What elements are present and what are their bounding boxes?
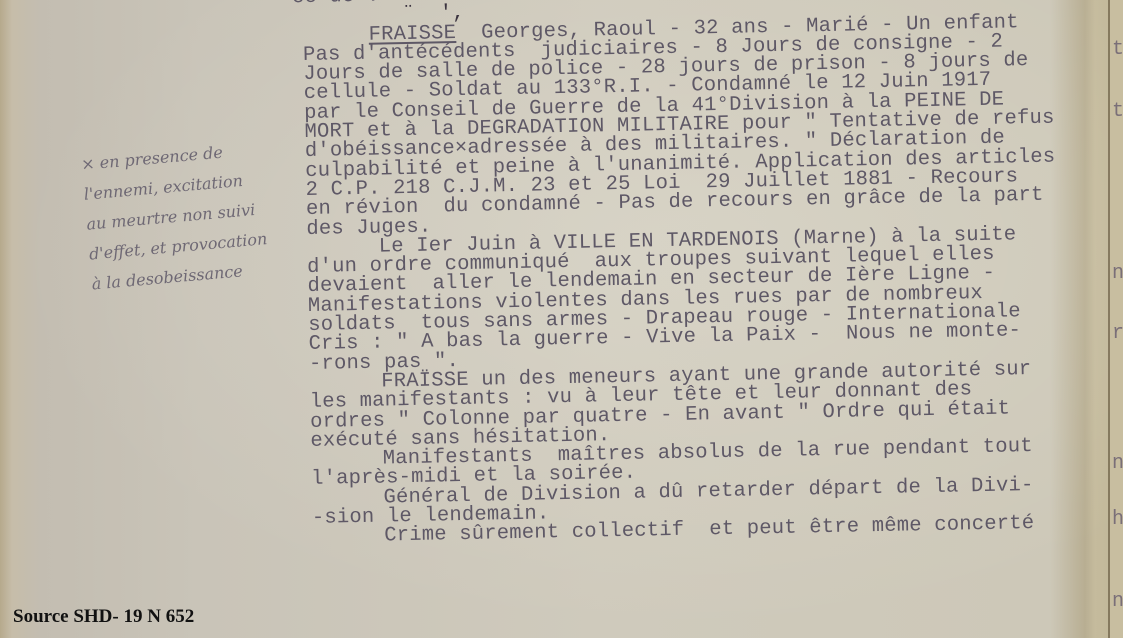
next-page-fragment: t: [1112, 100, 1123, 123]
next-page-fragment: n: [1112, 590, 1123, 613]
next-page-fragment: t: [1112, 38, 1123, 61]
handwritten-margin-note: × en presence del'ennemi, excitationau m…: [80, 133, 282, 299]
next-page-fragment: h: [1112, 508, 1123, 531]
next-page-fragment: n: [1112, 452, 1123, 475]
source-caption: Source SHD- 19 N 652: [13, 606, 194, 628]
document-lines: FRAISSE Georges, Raoul - 32 ans - Marié …: [303, 11, 1113, 547]
typewritten-text: ée de : ¨ ′, FRAISSE Georges, Raoul - 32…: [302, 0, 1112, 548]
next-page-fragment: n: [1112, 262, 1123, 285]
next-page-strip: ttnrnhn: [1110, 0, 1123, 638]
next-page-fragment: r: [1112, 322, 1123, 345]
